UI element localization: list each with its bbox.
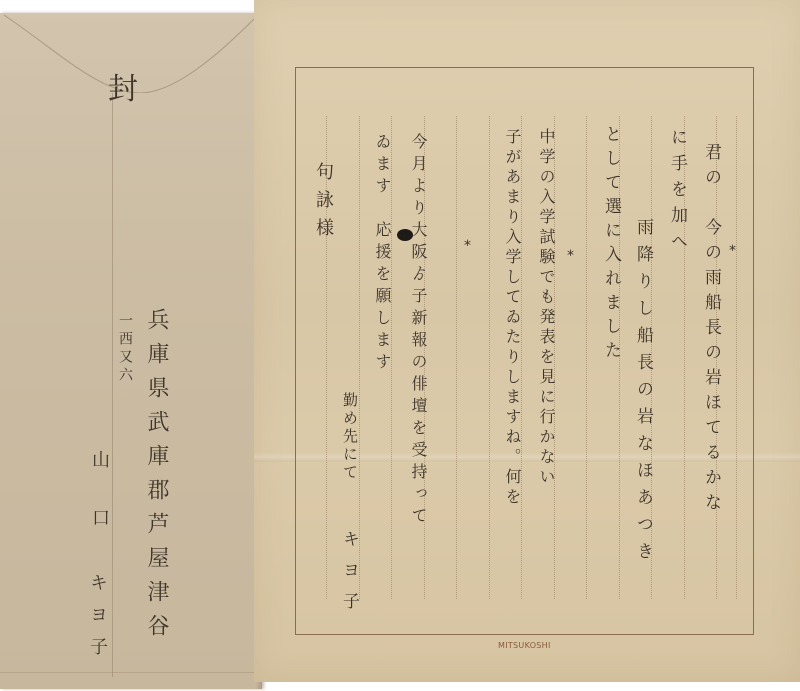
column-rule	[489, 116, 490, 599]
letter-signature-name: キヨ子	[340, 530, 357, 623]
letter-column-7: 今月より大阪ゟ子新報の俳壇を受持って	[410, 133, 426, 529]
envelope-address-line-1: 兵庫県武庫郡芦屋津谷	[145, 308, 167, 648]
letter-column-5: 中学の入学試験でも発表を見に行かない	[538, 128, 554, 488]
ink-blot	[397, 229, 413, 241]
letter-column-1: 君の 今の雨船長の岩ほてるかな	[702, 143, 719, 518]
letter-column-3: 雨降りし船長の岩なほあつき	[634, 218, 651, 569]
section-marker: *	[464, 238, 471, 254]
letter-column-6: 子があまり入学してゐたりしますね。何を	[504, 128, 520, 508]
letter-sheet: * * * 君の 今の雨船長の岩ほてるかな に手を加へ 雨降りし船長の岩なほあつ…	[254, 0, 800, 682]
column-rule	[736, 116, 737, 599]
section-marker: *	[729, 243, 736, 259]
stationery-brand: MITSUKOSHI	[498, 641, 551, 650]
letter-addressee: 句詠様	[314, 162, 332, 246]
letter-column-4: として選に入れました	[602, 125, 619, 365]
envelope-sender-given-name: キヨ子	[88, 573, 106, 669]
column-rule	[456, 116, 457, 599]
envelope-seam	[112, 93, 113, 677]
letter-column-2: に手を加へ	[668, 128, 685, 258]
envelope-address-line-2: 一西又六	[118, 313, 132, 385]
envelope-seal-mark: 封	[108, 75, 152, 105]
section-marker: *	[567, 248, 574, 264]
letter-signature-place: 勤め先にて	[342, 392, 357, 482]
column-rule	[359, 116, 360, 599]
envelope-sender-family-name: 山口	[90, 450, 108, 566]
letter-column-8: ゐます 応援を願します	[374, 133, 390, 375]
envelope-bottom-fold	[0, 672, 262, 673]
column-rule	[586, 116, 587, 599]
envelope: 封 兵庫県武庫郡芦屋津谷 一西又六 山口 キヨ子	[0, 13, 262, 689]
